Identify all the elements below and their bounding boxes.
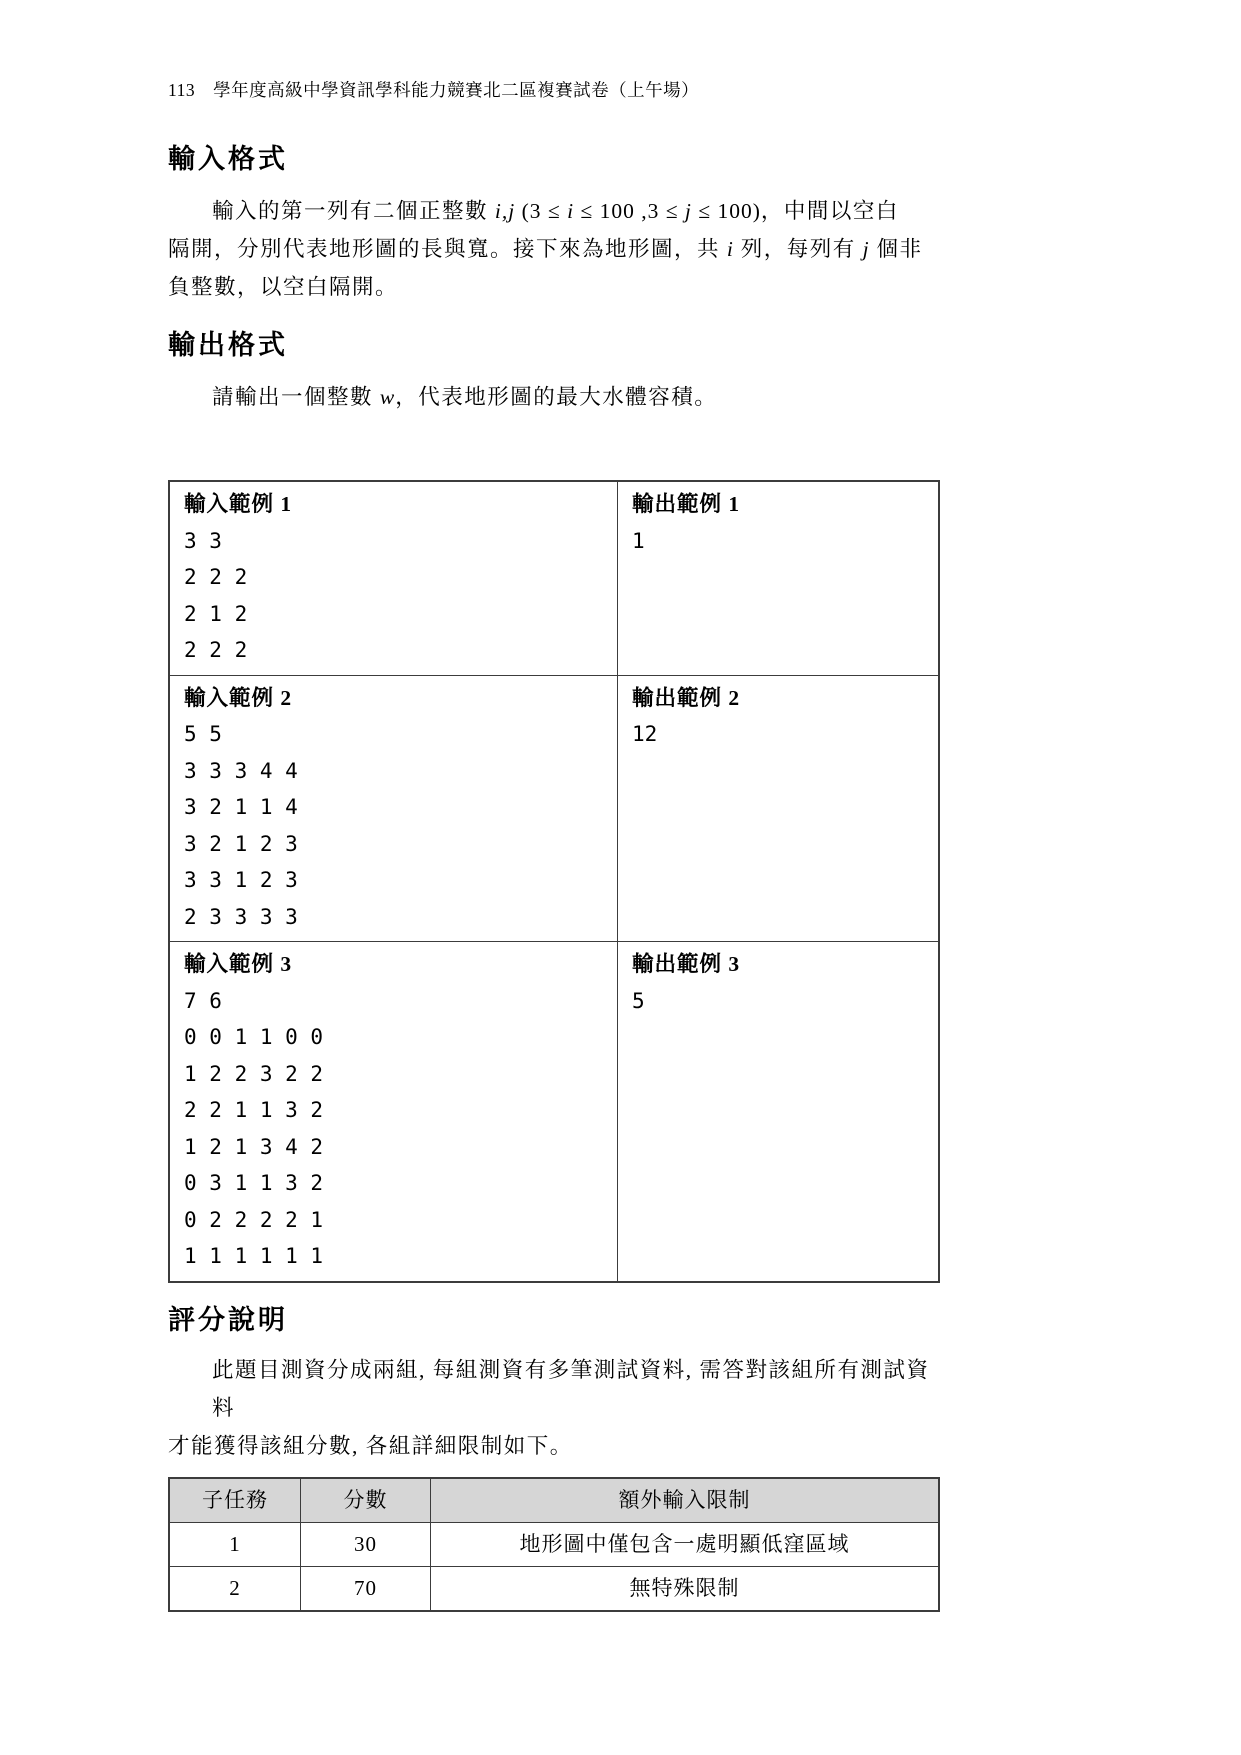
code-line: 3 2 1 2 3 bbox=[184, 826, 605, 863]
scoring-table-header-row: 子任務分數額外輸入限制 bbox=[170, 1479, 938, 1522]
text-line: 請輸出一個整數 w，代表地形圖的最大水體容積。 bbox=[168, 378, 940, 416]
code-line: 1 2 1 3 4 2 bbox=[184, 1129, 605, 1166]
page-content: 113學年度高級中學資訊學科能力競賽北二區複賽試卷（上午場） 輸入格式 輸入的第… bbox=[0, 0, 940, 1612]
code-line: 12 bbox=[632, 716, 926, 753]
code-line: 1 2 2 3 2 2 bbox=[184, 1056, 605, 1093]
scoring-table-row: 270無特殊限制 bbox=[170, 1566, 938, 1610]
code-line: 0 3 1 1 3 2 bbox=[184, 1165, 605, 1202]
text-segment: ≤ 100) bbox=[692, 199, 761, 223]
section-heading-input-format: 輸入格式 bbox=[168, 142, 940, 176]
code-line: 0 0 1 1 0 0 bbox=[184, 1019, 605, 1056]
text-line: 才能獲得該組分數, 各組詳細限制如下。 bbox=[168, 1427, 940, 1465]
page-header: 113學年度高級中學資訊學科能力競賽北二區複賽試卷（上午場） bbox=[168, 78, 940, 102]
example-input-label: 輸入範例 2 bbox=[184, 680, 605, 717]
text-segment: ，中間以空白 bbox=[761, 199, 899, 223]
code-line: 0 2 2 2 2 1 bbox=[184, 1202, 605, 1239]
code-line: 5 bbox=[632, 983, 926, 1020]
text-line: 輸入的第一列有二個正整數 i,j (3 ≤ i ≤ 100 ,3 ≤ j ≤ 1… bbox=[168, 192, 940, 230]
scoring-table-row: 130地形圖中僅包含一處明顯低窪區域 bbox=[170, 1522, 938, 1566]
text-segment: ≤ 100 ,3 ≤ bbox=[574, 199, 685, 223]
scoring-table: 子任務分數額外輸入限制130地形圖中僅包含一處明顯低窪區域270無特殊限制 bbox=[168, 1477, 940, 1612]
text-segment: 負整數，以空白隔開。 bbox=[168, 275, 398, 299]
example-output-cell: 輸出範例 11 bbox=[618, 482, 938, 675]
text-segment: 才能獲得該組分數, 各組詳細限制如下。 bbox=[168, 1434, 573, 1458]
text-segment: 輸入的第一列有二個正整數 bbox=[212, 199, 495, 223]
scoring-cell-score: 30 bbox=[300, 1523, 430, 1566]
example-output-label: 輸出範例 2 bbox=[632, 680, 926, 717]
text-line: 此題目測資分成兩組, 每組測資有多筆測試資料, 需答對該組所有測試資料 bbox=[168, 1351, 940, 1427]
code-line: 3 3 1 2 3 bbox=[184, 862, 605, 899]
code-line: 5 5 bbox=[184, 716, 605, 753]
math-variable: w bbox=[380, 385, 395, 409]
code-line: 2 2 2 bbox=[184, 632, 605, 669]
text-segment: ，代表地形圖的最大水體容積。 bbox=[395, 385, 717, 409]
code-line: 3 3 3 4 4 bbox=[184, 753, 605, 790]
scoring-header-subtask: 子任務 bbox=[170, 1479, 300, 1522]
document-page: 113學年度高級中學資訊學科能力競賽北二區複賽試卷（上午場） 輸入格式 輸入的第… bbox=[0, 0, 1241, 1755]
text-segment: 此題目測資分成兩組, 每組測資有多筆測試資料, 需答對該組所有測試資料 bbox=[212, 1358, 930, 1420]
code-line: 2 3 3 3 3 bbox=[184, 899, 605, 936]
code-line: 2 1 2 bbox=[184, 596, 605, 633]
scoring-cell-subtask: 2 bbox=[170, 1567, 300, 1610]
code-line: 2 2 1 1 3 2 bbox=[184, 1092, 605, 1129]
code-line: 3 3 bbox=[184, 523, 605, 560]
example-input-cell: 輸入範例 37 60 0 1 1 0 01 2 2 3 2 22 2 1 1 3… bbox=[170, 942, 618, 1281]
scoring-cell-subtask: 1 bbox=[170, 1523, 300, 1566]
example-row: 輸入範例 25 53 3 3 4 43 2 1 1 43 2 1 2 33 3 … bbox=[170, 675, 938, 942]
text-segment: (3 ≤ bbox=[515, 199, 567, 223]
math-variable: i bbox=[567, 199, 574, 223]
scoring-header-constraint: 額外輸入限制 bbox=[430, 1479, 938, 1522]
scoring-paragraph: 此題目測資分成兩組, 每組測資有多筆測試資料, 需答對該組所有測試資料才能獲得該… bbox=[168, 1351, 940, 1465]
scoring-cell-score: 70 bbox=[300, 1567, 430, 1610]
input-format-paragraph: 輸入的第一列有二個正整數 i,j (3 ≤ i ≤ 100 ,3 ≤ j ≤ 1… bbox=[168, 192, 940, 306]
example-output-label: 輸出範例 1 bbox=[632, 486, 926, 523]
example-input-label: 輸入範例 3 bbox=[184, 946, 605, 983]
scoring-cell-constraint: 無特殊限制 bbox=[430, 1567, 938, 1610]
code-line: 7 6 bbox=[184, 983, 605, 1020]
text-segment: 列，每列有 bbox=[734, 237, 863, 261]
math-variable: j bbox=[685, 199, 692, 223]
example-row: 輸入範例 37 60 0 1 1 0 01 2 2 3 2 22 2 1 1 3… bbox=[170, 941, 938, 1281]
example-row: 輸入範例 13 32 2 22 1 22 2 2輸出範例 11 bbox=[170, 482, 938, 675]
code-line: 3 2 1 1 4 bbox=[184, 789, 605, 826]
text-line: 負整數，以空白隔開。 bbox=[168, 268, 940, 306]
text-line: 隔開，分別代表地形圖的長與寬。接下來為地形圖，共 i 列，每列有 j 個非 bbox=[168, 230, 940, 268]
section-heading-scoring: 評分說明 bbox=[168, 1303, 940, 1337]
code-line: 2 2 2 bbox=[184, 559, 605, 596]
text-segment: 請輸出一個整數 bbox=[212, 385, 380, 409]
page-header-title: 學年度高級中學資訊學科能力競賽北二區複賽試卷（上午場） bbox=[213, 80, 699, 100]
math-variable: j bbox=[863, 237, 870, 261]
example-output-cell: 輸出範例 212 bbox=[618, 676, 938, 942]
output-format-paragraph: 請輸出一個整數 w，代表地形圖的最大水體容積。 bbox=[168, 378, 940, 416]
text-segment: 隔開，分別代表地形圖的長與寬。接下來為地形圖，共 bbox=[168, 237, 727, 261]
example-input-label: 輸入範例 1 bbox=[184, 486, 605, 523]
example-input-cell: 輸入範例 25 53 3 3 4 43 2 1 1 43 2 1 2 33 3 … bbox=[170, 676, 618, 942]
example-output-label: 輸出範例 3 bbox=[632, 946, 926, 983]
page-header-number: 113 bbox=[168, 80, 195, 100]
math-variable: i bbox=[727, 237, 734, 261]
example-input-cell: 輸入範例 13 32 2 22 1 22 2 2 bbox=[170, 482, 618, 675]
example-output-cell: 輸出範例 35 bbox=[618, 942, 938, 1281]
math-variable: i,j bbox=[495, 199, 515, 223]
text-segment: 個非 bbox=[870, 237, 923, 261]
code-line: 1 bbox=[632, 523, 926, 560]
scoring-cell-constraint: 地形圖中僅包含一處明顯低窪區域 bbox=[430, 1523, 938, 1566]
section-heading-output-format: 輸出格式 bbox=[168, 328, 940, 362]
scoring-header-score: 分數 bbox=[300, 1479, 430, 1522]
examples-table: 輸入範例 13 32 2 22 1 22 2 2輸出範例 11輸入範例 25 5… bbox=[168, 480, 940, 1283]
code-line: 1 1 1 1 1 1 bbox=[184, 1238, 605, 1275]
